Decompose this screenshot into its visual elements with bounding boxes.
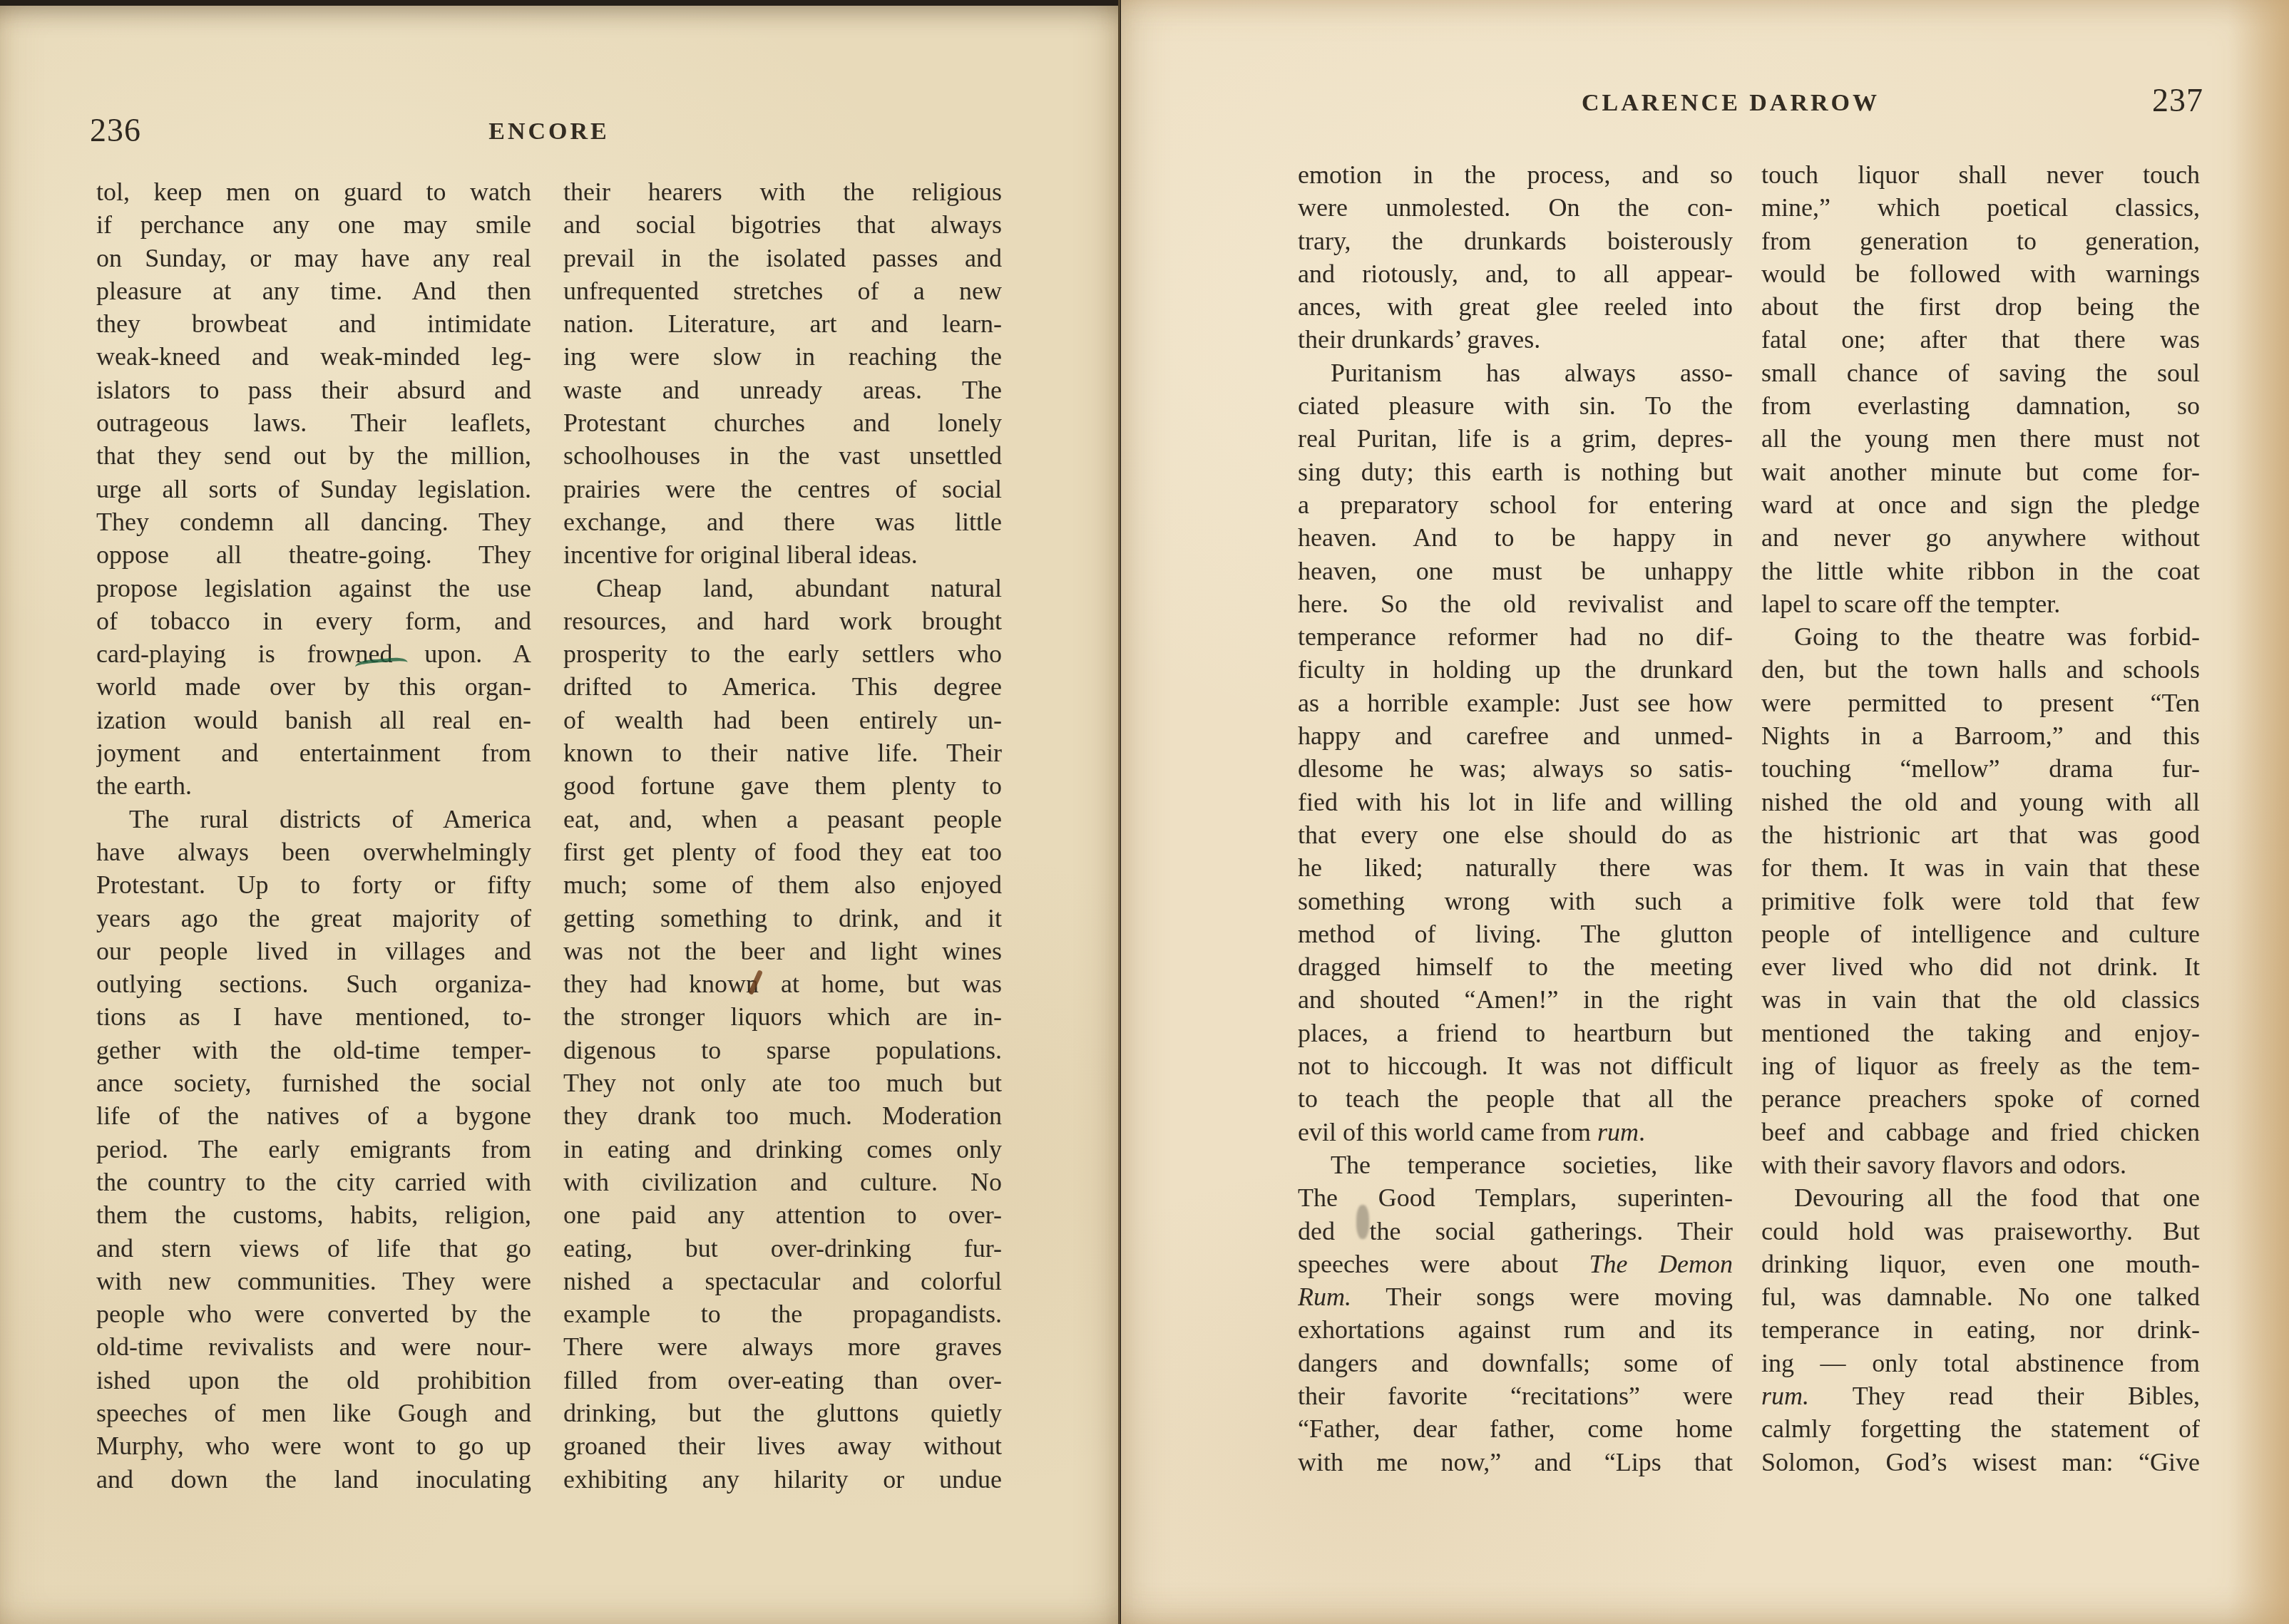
text-line: on Sunday, or may have any real	[96, 242, 531, 274]
text-line: ization would banish all real en-	[96, 704, 531, 736]
text-line: not to hiccough. It was not difficult	[1298, 1049, 1733, 1082]
text-line: years ago the great majority of	[96, 902, 531, 935]
text-line: were permitted to present “Ten	[1761, 687, 2200, 719]
text-line: they drank too much. Moderation	[563, 1099, 1002, 1132]
text-line: unfrequented stretches of a new	[563, 274, 1002, 307]
text-line: ficulty in holding up the drunkard	[1298, 653, 1733, 686]
text-line: all the young men there must not	[1761, 422, 2200, 455]
text-line: as a horrible example: Just see how	[1298, 687, 1733, 719]
text-line: good fortune gave them plenty to	[563, 769, 1002, 802]
text-line: world made over by this organ-	[96, 670, 531, 703]
text-line: mine,” which poetical classics,	[1761, 191, 2200, 224]
text-line: lapel to scare off the tempter.	[1761, 587, 2200, 620]
text-line: The temperance societies, like	[1298, 1148, 1733, 1181]
text-line: joyment and entertainment from	[96, 736, 531, 769]
text-line: here. So the old revivalist and	[1298, 587, 1733, 620]
text-line: and stern views of life that go	[96, 1232, 531, 1265]
text-line: fatal one; after that there was	[1761, 323, 2200, 356]
text-line: for them. It was in vain that these	[1761, 851, 2200, 884]
text-line: schoolhouses in the vast unsettled	[563, 439, 1002, 472]
text-line: resources, and hard work brought	[563, 605, 1002, 637]
text-line: places, a friend to heartburn but	[1298, 1017, 1733, 1049]
text-line: in eating and drinking comes only	[563, 1133, 1002, 1166]
text-line: first get plenty of food they eat too	[563, 836, 1002, 868]
text-line: small chance of saving the soul	[1761, 356, 2200, 389]
text-line: the histrionic art that was good	[1761, 818, 2200, 851]
text-line: ciated pleasure with sin. To the	[1298, 389, 1733, 422]
text-line: speeches of men like Gough and	[96, 1397, 531, 1429]
text-line: Protestant. Up to forty or fifty	[96, 868, 531, 901]
text-line: old-time revivalists and were nour-	[96, 1330, 531, 1363]
text-line: ward at once and sign the pledge	[1761, 488, 2200, 521]
text-line: perance preachers spoke of corned	[1761, 1082, 2200, 1115]
text-line: heaven, one must be unhappy	[1298, 555, 1733, 587]
text-line: the stronger liquors which are in-	[563, 1000, 1002, 1033]
text-line: drinking, but the gluttons quietly	[563, 1397, 1002, 1429]
text-line: method of living. The glutton	[1298, 918, 1733, 950]
text-line: from everlasting damnation, so	[1761, 389, 2200, 422]
text-line: urge all sorts of Sunday legislation.	[96, 473, 531, 505]
text-line: life of the natives of a bygone	[96, 1099, 531, 1132]
text-line: Devouring all the food that one	[1761, 1181, 2200, 1214]
text-line: of tobacco in every form, and	[96, 605, 531, 637]
text-column-left-1: tol, keep men on guard to watchif percha…	[96, 175, 531, 1496]
text-line: Puritanism has always asso-	[1298, 356, 1733, 389]
text-line: digenous to sparse populations.	[563, 1034, 1002, 1067]
book-spread: 236 ENCORE tol, keep men on guard to wat…	[0, 0, 2289, 1624]
text-line: happy and carefree and unmed-	[1298, 719, 1733, 752]
text-line: exhortations against rum and its	[1298, 1313, 1733, 1346]
text-line: the country to the city carried with	[96, 1166, 531, 1198]
text-line: There were always more graves	[563, 1330, 1002, 1363]
text-line: them the customs, habits, religion,	[96, 1198, 531, 1231]
text-line: period. The early emigrants from	[96, 1133, 531, 1166]
text-line: The Good Templars, superinten-	[1298, 1181, 1733, 1214]
text-line: tions as I have mentioned, to-	[96, 1000, 531, 1033]
text-line: prevail in the isolated passes and	[563, 242, 1002, 274]
text-line: islators to pass their absurd and	[96, 374, 531, 406]
running-head-left: ENCORE	[96, 118, 1002, 145]
text-line: “Father, dear father, come home	[1298, 1412, 1733, 1445]
text-line: tol, keep men on guard to watch	[96, 175, 531, 208]
text-line: groaned their lives away without	[563, 1429, 1002, 1462]
text-line: pleasure at any time. And then	[96, 274, 531, 307]
text-line: ance society, furnished the social	[96, 1067, 531, 1099]
text-line: with new communities. They were	[96, 1265, 531, 1297]
text-line: Murphy, who were wont to go up	[96, 1429, 531, 1462]
text-line: that every one else should do as	[1298, 818, 1733, 851]
text-line: example to the propagandists.	[563, 1297, 1002, 1330]
text-line: nation. Literature, art and learn-	[563, 307, 1002, 340]
text-line: with me now,” and “Lips that	[1298, 1446, 1733, 1479]
text-line: from generation to generation,	[1761, 225, 2200, 257]
text-line: prairies were the centres of social	[563, 473, 1002, 505]
text-line: touching “mellow” drama fur-	[1761, 752, 2200, 785]
text-line: something wrong with such a	[1298, 885, 1733, 918]
text-line: rum. They read their Bibles,	[1761, 1379, 2200, 1412]
text-line: calmly forgetting the statement of	[1761, 1412, 2200, 1445]
text-line: heaven. And to be happy in	[1298, 521, 1733, 554]
text-line: primitive folk were told that few	[1761, 885, 2200, 918]
page-gutter	[1118, 0, 1120, 1624]
text-line: ful, was damnable. No one talked	[1761, 1280, 2200, 1313]
text-line: Cheap land, abundant natural	[563, 572, 1002, 605]
text-line: temperance in eating, nor drink-	[1761, 1313, 2200, 1346]
text-line: prosperity to the early settlers who	[563, 637, 1002, 670]
text-line: ing were slow in reaching the	[563, 340, 1002, 373]
text-line: Rum. Their songs were moving	[1298, 1280, 1733, 1313]
text-line: Going to the theatre was forbid-	[1761, 620, 2200, 653]
text-line: evil of this world came from rum.	[1298, 1116, 1733, 1148]
running-head-right: CLARENCE DARROW	[1278, 90, 2183, 117]
text-line: dlesome he was; always so satis-	[1298, 752, 1733, 785]
text-line: to teach the people that all the	[1298, 1082, 1733, 1115]
text-line: drinking liquor, even one mouth-	[1761, 1248, 2200, 1280]
text-line: was in vain that the old classics	[1761, 983, 2200, 1016]
page-number-right: 237	[2152, 81, 2203, 119]
text-line: one paid any attention to over-	[563, 1198, 1002, 1231]
text-line: have always been overwhelmingly	[96, 836, 531, 868]
text-line: and social bigotries that always	[563, 208, 1002, 241]
text-line: touch liquor shall never touch	[1761, 158, 2200, 191]
text-line: and never go anywhere without	[1761, 521, 2200, 554]
text-line: fied with his lot in life and willing	[1298, 786, 1733, 818]
text-line: mentioned the taking and enjoy-	[1761, 1017, 2200, 1049]
text-line: emotion in the process, and so	[1298, 158, 1733, 191]
text-line: their favorite “recitations” were	[1298, 1379, 1733, 1412]
text-line: and shouted “Amen!” in the right	[1298, 983, 1733, 1016]
text-line: outrageous laws. Their leaflets,	[96, 406, 531, 439]
text-line: dragged himself to the meeting	[1298, 950, 1733, 983]
text-line: ished upon the old prohibition	[96, 1364, 531, 1397]
text-line: nished the old and young with all	[1761, 786, 2200, 818]
text-line: much; some of them also enjoyed	[563, 868, 1002, 901]
text-line: propose legislation against the use	[96, 572, 531, 605]
text-line: with civilization and culture. No	[563, 1166, 1002, 1198]
text-line: the earth.	[96, 769, 531, 802]
text-line: oppose all theatre-going. They	[96, 538, 531, 571]
text-line: ances, with great glee reeled into	[1298, 290, 1733, 323]
text-line: drifted to America. This degree	[563, 670, 1002, 703]
book-scan-screenshot: { "left_page": { "page_number": "236", "…	[0, 0, 2289, 1624]
text-line: nished a spectacular and colorful	[563, 1265, 1002, 1297]
text-line: eating, but over-drinking fur-	[563, 1232, 1002, 1265]
text-line: Solomon, God’s wisest man: “Give	[1761, 1446, 2200, 1479]
text-line: with their savory flavors and odors.	[1761, 1148, 2200, 1181]
text-line: were unmolested. On the con-	[1298, 191, 1733, 224]
text-line: card-playing is frowned upon. A	[96, 637, 531, 670]
text-line: Nights in a Barroom,” and this	[1761, 719, 2200, 752]
text-line: They not only ate too much but	[563, 1067, 1002, 1099]
text-line: our people lived in villages and	[96, 935, 531, 967]
text-line: They condemn all dancing. They	[96, 505, 531, 538]
text-line: getting something to drink, and it	[563, 902, 1002, 935]
text-line: weak-kneed and weak-minded leg-	[96, 340, 531, 373]
text-line: the little white ribbon in the coat	[1761, 555, 2200, 587]
text-line: eat, and, when a peasant people	[563, 803, 1002, 836]
text-line: real Puritan, life is a grim, depres-	[1298, 422, 1733, 455]
page-right: CLARENCE DARROW 237 emotion in the proce…	[1121, 0, 2289, 1624]
text-line: a preparatory school for entering	[1298, 488, 1733, 521]
text-line: temperance reformer had no dif-	[1298, 620, 1733, 653]
text-line: beef and cabbage and fried chicken	[1761, 1116, 2200, 1148]
text-line: if perchance any one may smile	[96, 208, 531, 241]
text-line: outlying sections. Such organiza-	[96, 967, 531, 1000]
text-line: speeches were about The Demon	[1298, 1248, 1733, 1280]
text-line: The rural districts of America	[96, 803, 531, 836]
text-line: and down the land inoculating	[96, 1463, 531, 1496]
text-column-right-1: emotion in the process, and sowere unmol…	[1298, 158, 1733, 1479]
text-line: sing duty; this earth is nothing but	[1298, 456, 1733, 488]
text-line: den, but the town halls and schools	[1761, 653, 2200, 686]
text-line: about the first drop being the	[1761, 290, 2200, 323]
text-line: people who were converted by the	[96, 1297, 531, 1330]
text-line: ded the social gatherings. Their	[1298, 1215, 1733, 1248]
text-line: filled from over-eating than over-	[563, 1364, 1002, 1397]
text-block-left: tol, keep men on guard to watchif percha…	[96, 175, 1002, 1496]
text-line: was not the beer and light wines	[563, 935, 1002, 967]
text-line: wait another minute but come for-	[1761, 456, 2200, 488]
text-column-right-2: touch liquor shall never touchmine,” whi…	[1761, 158, 2200, 1479]
text-line: ing of liquor as freely as the tem-	[1761, 1049, 2200, 1082]
text-line: exhibiting any hilarity or undue	[563, 1463, 1002, 1496]
text-line: incentive for original liberal ideas.	[563, 538, 1002, 571]
text-line: dangers and downfalls; some of	[1298, 1347, 1733, 1379]
text-line: Protestant churches and lonely	[563, 406, 1002, 439]
text-column-left-2: their hearers with the religiousand soci…	[563, 175, 1002, 1496]
text-line: that they send out by the million,	[96, 439, 531, 472]
text-line: their hearers with the religious	[563, 175, 1002, 208]
text-line: exchange, and there was little	[563, 505, 1002, 538]
text-line: ever lived who did not drink. It	[1761, 950, 2200, 983]
text-line: they had known at home, but was	[563, 967, 1002, 1000]
text-line: could hold was praiseworthy. But	[1761, 1215, 2200, 1248]
text-line: they browbeat and intimidate	[96, 307, 531, 340]
text-line: known to their native life. Their	[563, 736, 1002, 769]
text-line: their drunkards’ graves.	[1298, 323, 1733, 356]
text-line: he liked; naturally there was	[1298, 851, 1733, 884]
text-block-right: emotion in the process, and sowere unmol…	[1298, 158, 2203, 1479]
text-line: of wealth had been entirely un-	[563, 704, 1002, 736]
text-line: gether with the old-time temper-	[96, 1034, 531, 1067]
text-line: waste and unready areas. The	[563, 374, 1002, 406]
text-line: ing — only total abstinence from	[1761, 1347, 2200, 1379]
page-left: 236 ENCORE tol, keep men on guard to wat…	[0, 6, 1120, 1624]
text-line: trary, the drunkards boisterously	[1298, 225, 1733, 257]
text-line: would be followed with warnings	[1761, 257, 2200, 290]
text-line: and riotously, and, to all appear-	[1298, 257, 1733, 290]
text-line: people of intelligence and culture	[1761, 918, 2200, 950]
